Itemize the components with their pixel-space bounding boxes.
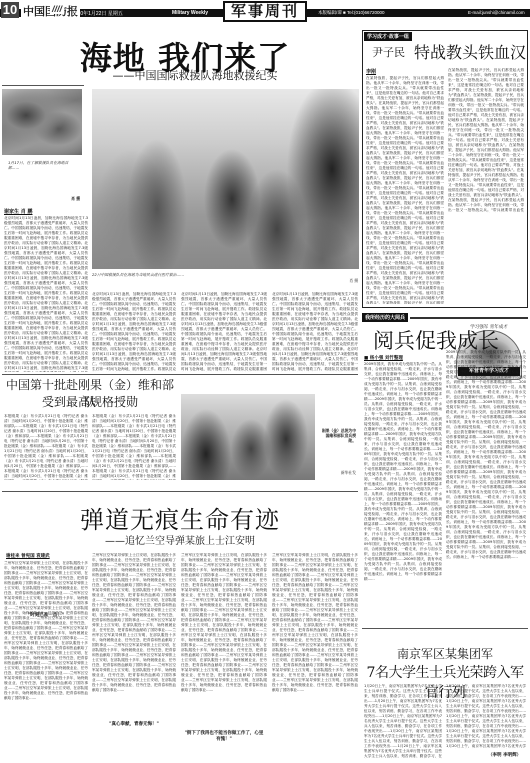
main-body-col4: 北京时间1月13日凌晨，加勒比海岛国海地发生7.3级强烈地震，首都太子港遭受严重… (272, 292, 358, 372)
issue-date: 2010年1月22日 星期五 (72, 10, 123, 17)
review-byline: ■ 杨小强 刘竹整理 (364, 355, 403, 361)
missile-body-col1: 兰州军区空军某导弹旅上士江安明，在部队服役十多年，始终兢兢业业、任劳任怨，把青春… (4, 561, 88, 761)
divider (2, 85, 84, 86)
main-photo-caption: 22日中国救援队员在海地为当地民众进行医疗救治…… (92, 272, 359, 283)
rescue-team-photo (92, 89, 359, 269)
divider (362, 628, 528, 629)
missile-subhead-3: "倒下了我再也不能当你做工作了，心里有愧！" (184, 730, 264, 742)
profile-headline: 特战教头铁血汉 (414, 40, 526, 63)
missile-subhead-1: "时刻已准一点！" (4, 612, 88, 618)
peacekeeping-headline-2: 受到最高规格授勋 (4, 393, 176, 410)
editor-info: 本版编辑/谭 ■ Tel:(010)66720000 (318, 10, 385, 16)
missile-body-col4: 兰州军区空军某导弹旅上士江安明，在部队服役十多年，始终兢兢业业、任劳任怨，把青春… (272, 553, 358, 761)
section-masthead: 军事周刊 (223, 1, 307, 22)
contact-email: E-mail:junshi@chinamil.com (468, 10, 525, 15)
tag-rule (410, 317, 528, 319)
review-body-col1: 2009年国庆，我有幸成为受阅方队中的一员。从集训、合练到接受检阅，一路走来，汗… (364, 362, 442, 620)
main-body-col2: 北京时间1月13日凌晨，加勒比海岛国海地发生7.3级强烈地震，首都太子港遭受严重… (92, 292, 176, 372)
medal-ceremony-photo (181, 394, 315, 480)
page-number: 10 (1, 2, 19, 18)
column-tag: 学习成才·故事一组 (364, 32, 412, 41)
decorative-slashes: //// (50, 4, 64, 14)
divider (2, 491, 358, 492)
main-photo-credit: 肖 摄 (330, 278, 358, 284)
profile-byline: 李刚 (366, 68, 376, 75)
missile-headline: 弹道无痕生命有迹 (2, 500, 358, 535)
main-subheadline: ——中国国际救援队海地救援纪实 (90, 67, 300, 83)
rubble-photo (2, 89, 82, 155)
peacekeeping-photo-caption: 刚果（金）总统为中国维和部队官兵授勋。 (320, 428, 356, 468)
profile-person-name: 尹子民 (372, 44, 405, 60)
main-body-col1: 北京时间1月13日凌晨，加勒比海岛国海地发生7.3级强烈地震，首都太子港遭受严重… (4, 216, 88, 372)
profile-body-col2: 在某特战旅，提起尹子民，官兵们都竖起大拇指。他从军二十余年，始终坚守在训练一线，… (448, 68, 524, 213)
missile-subheadline: ——追忆兰空导弹某旅上士江安明 (2, 532, 358, 547)
main-byline: 谢家生 肖 鹏 (4, 208, 32, 215)
small-photo-credit: 肖 摄 (50, 196, 80, 202)
missile-subhead-2: "真心奉献，青春无悔！" (92, 721, 176, 727)
nanjing-credit: （李明 李明辉） (488, 752, 521, 758)
review-section-tag: 我所经历的大阅兵 (362, 313, 408, 322)
nanjing-body-col1: 1月20日上午，南京军区某集团军为7名优秀大学生士兵举行提干仪式。这些大学生士兵… (364, 684, 442, 759)
peacekeeping-photo-credit: 新华社发 (320, 470, 356, 476)
weekly-label: Military Weekly (172, 10, 208, 16)
review-body-col2: 2009年国庆，我有幸成为受阅方队中的一员。从集训、合练到接受检阅，一路走来，汗… (446, 350, 526, 620)
missile-byline: 谢桂来 曾宪国 袁建武 (6, 553, 50, 559)
peacekeeping-body-col2: 本报刚果（金）布卡武1月21日电（特约记者 谢永清）当地时间1月20日，中国第十… (92, 414, 176, 480)
nanjing-body-col2: 1月20日上午，南京军区某集团军为7名优秀大学生士兵举行提干仪式。这些大学生士兵… (446, 684, 526, 749)
main-body-col3: 北京时间1月13日凌晨，加勒比海岛国海地发生7.3级强烈地震，首都太子港遭受严重… (181, 292, 267, 372)
missile-body-col2: 兰州军区空军某导弹旅上士江安明，在部队服役十多年，始终兢兢业业、任劳任怨，把青春… (92, 553, 176, 761)
nanjing-kicker: 南京军区某集团军 (362, 645, 528, 662)
peacekeeping-body-col1: 本报刚果（金）布卡武1月21日电（特约记者 谢永清）当地时间1月20日，中国第十… (4, 414, 88, 480)
profile-body-col1: 在某特战旅，提起尹子民，官兵们都竖起大拇指。他从军二十余年，始终坚守在训练一线，… (366, 76, 444, 304)
divider (2, 374, 358, 375)
